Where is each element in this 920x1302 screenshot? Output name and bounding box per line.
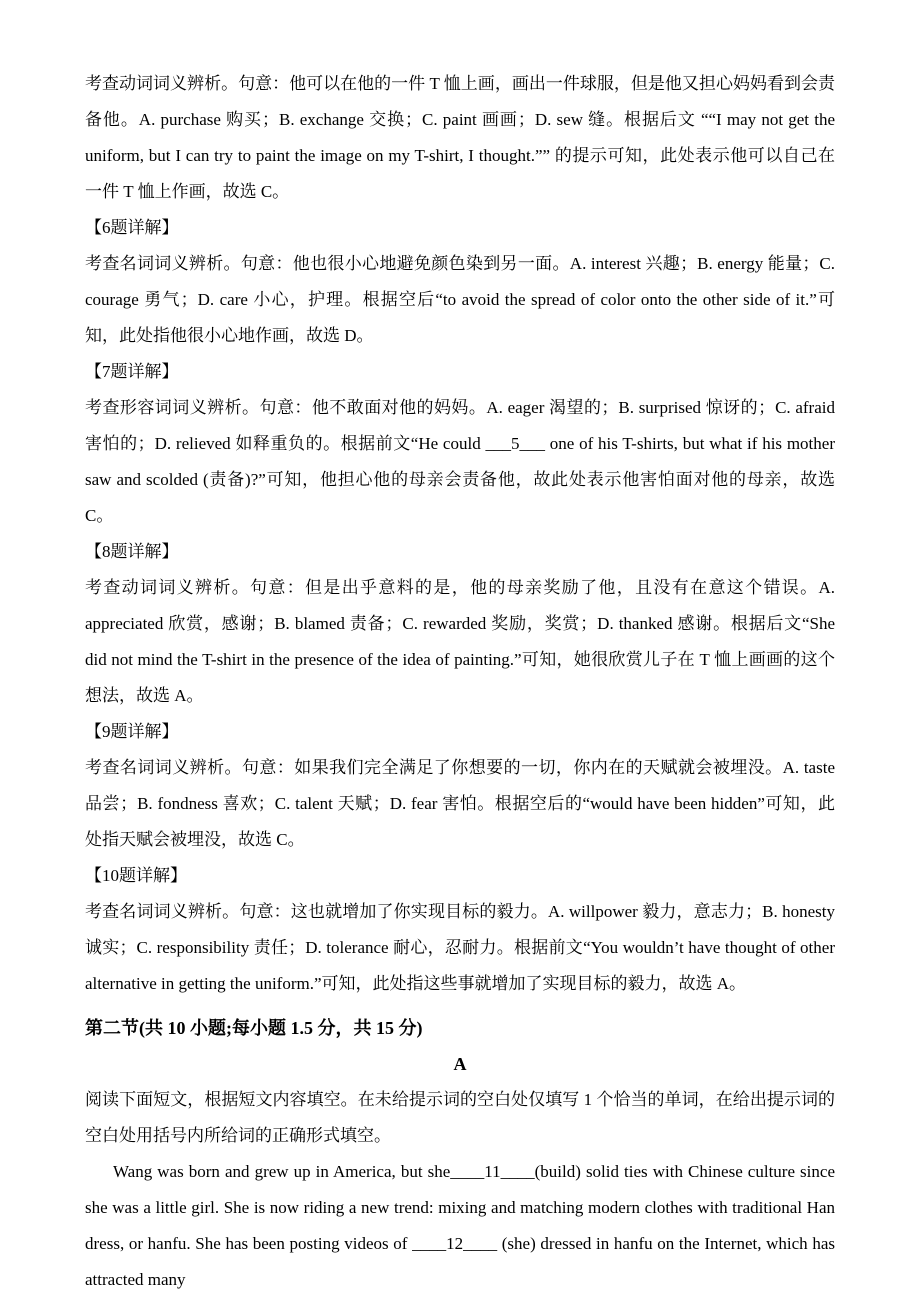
- passage-a-label: A: [85, 1046, 835, 1082]
- q8-detail-heading: 【8题详解】: [85, 534, 835, 570]
- q10-detail-heading: 【10题详解】: [85, 858, 835, 894]
- document-page: 考查动词词义辨析。句意：他可以在他的一件 T 恤上画，画出一件球服，但是他又担心…: [0, 0, 920, 1302]
- q7-detail-heading: 【7题详解】: [85, 354, 835, 390]
- explanation-q6-body: 考查名词词义辨析。句意：他也很小心地避免颜色染到另一面。A. interest …: [85, 246, 835, 354]
- explanation-q10-body: 考查名词词义辨析。句意：这也就增加了你实现目标的毅力。A. willpower …: [85, 894, 835, 1002]
- q9-detail-heading: 【9题详解】: [85, 714, 835, 750]
- cloze-passage-paragraph: Wang was born and grew up in America, bu…: [85, 1154, 835, 1298]
- explanation-q9-body: 考查名词词义辨析。句意：如果我们完全满足了你想要的一切，你内在的天赋就会被埋没。…: [85, 750, 835, 858]
- explanation-q7-body: 考查形容词词义辨析。句意：他不敢面对他的妈妈。A. eager 渴望的；B. s…: [85, 390, 835, 534]
- section2-instructions: 阅读下面短文，根据短文内容填空。在未给提示词的空白处仅填写 1 个恰当的单词，在…: [85, 1082, 835, 1154]
- section2-heading: 第二节(共 10 小题;每小题 1.5 分，共 15 分): [85, 1010, 835, 1046]
- explanation-q8-body: 考查动词词义辨析。句意：但是出乎意料的是，他的母亲奖励了他，且没有在意这个错误。…: [85, 570, 835, 714]
- explanation-q5-body: 考查动词词义辨析。句意：他可以在他的一件 T 恤上画，画出一件球服，但是他又担心…: [85, 66, 835, 210]
- q6-detail-heading: 【6题详解】: [85, 210, 835, 246]
